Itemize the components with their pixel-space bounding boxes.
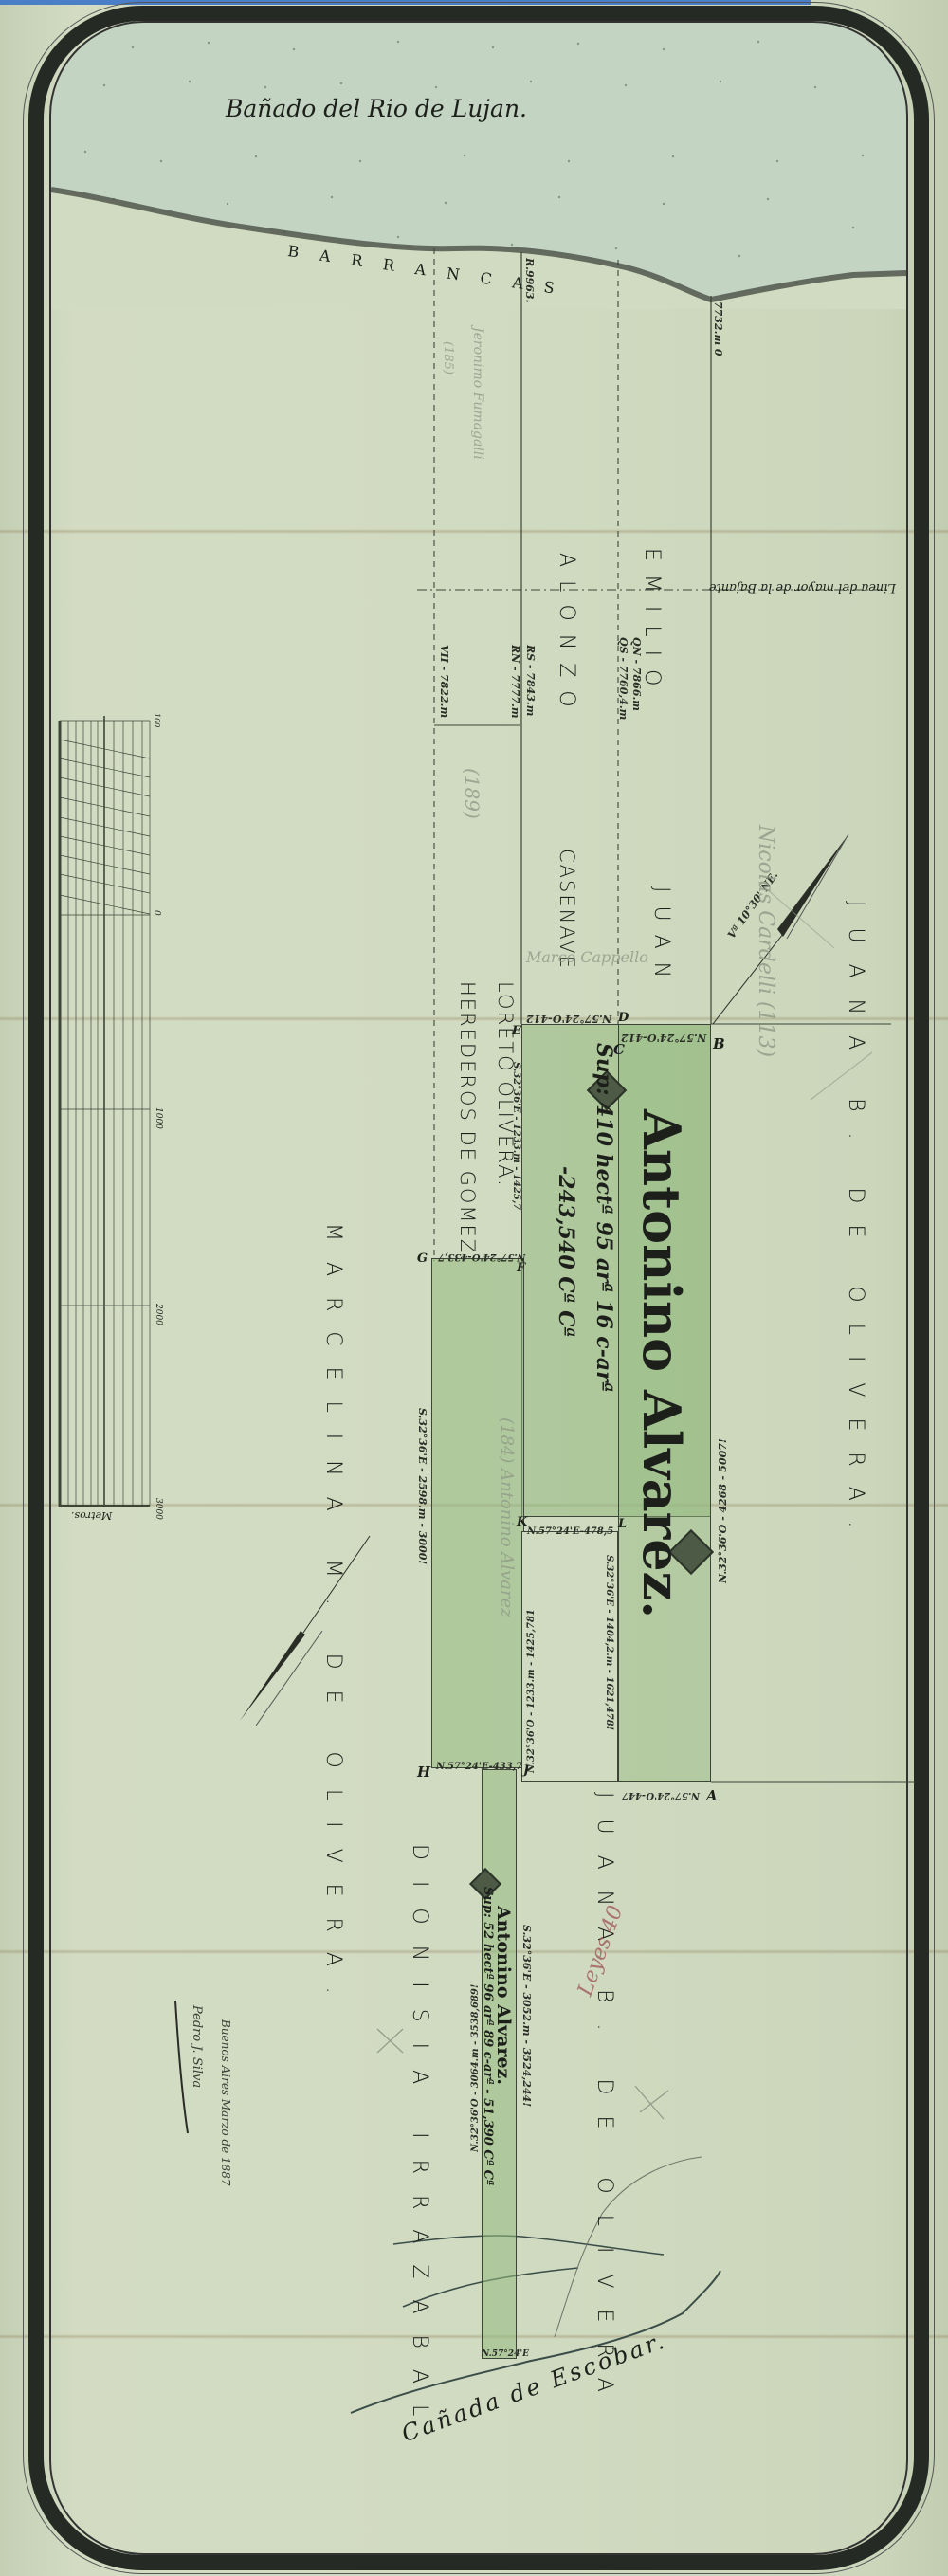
measurement-strip-west: N.32°36'O - 3064.m - 3538,689! xyxy=(470,1984,481,2152)
measurement-al1: RS - 7843.m xyxy=(524,645,537,716)
measurement-bank-r: R.9963. xyxy=(523,258,536,302)
neighbor-alonzo: ALONZO xyxy=(555,553,578,721)
neighbor-dionisia-irrazabal: DIONISIA IRRAZABAL xyxy=(408,1844,431,2437)
water-body-label: Bañado del Rio de Lujan. xyxy=(226,95,527,122)
measurement-al2: RN - 7777.m xyxy=(509,645,521,719)
point-c: C xyxy=(613,1041,625,1058)
measurement-f-g: N.57°24'O-433,7 xyxy=(438,1251,525,1262)
signature-surveyor: Pedro J. Silva xyxy=(190,2005,204,2088)
scale-label-100: 100 xyxy=(153,713,161,727)
measurement-g-h: S.32°36'E - 2598.m - 3000! xyxy=(416,1408,428,1564)
measurement-k-j: N.32°36'O - 1233.m - 1425,781 xyxy=(526,1609,537,1773)
neighbor-juana-olivera: JUANA B. DE OLIVERA. xyxy=(844,901,867,1548)
measurement-strip-east: S.32°36'E - 3052.m - 3524,244! xyxy=(520,1925,533,2107)
owner-area-main-2: -243,540 Cª Cª xyxy=(554,1166,578,1337)
owner-area-main: Sup: 410 hectª 95 arª 16 c-arª xyxy=(592,1043,616,1392)
measurement-b-c: N.57°24'O-412 xyxy=(621,1032,706,1044)
measurement-h-j: N.57°24'E-433,7 xyxy=(436,1762,522,1772)
measurement-d-e: N.57°24'O-412 xyxy=(526,1013,611,1025)
point-f: F xyxy=(517,1261,525,1275)
measurement-strip-bottom: N.57°24'E xyxy=(482,2349,529,2359)
owner-name-small: Antonino Alvarez. xyxy=(493,1906,514,2085)
point-a: A xyxy=(706,1787,718,1804)
scale-label-3000: 3000 xyxy=(154,1498,163,1520)
pencil-note-antonino: (184) Antonino Alvarez xyxy=(497,1417,517,1617)
measurement-vii: VII - 7822.m xyxy=(438,645,450,718)
neighbor-herederos-gomez: HEREDEROS DE GOMEZ. xyxy=(456,981,479,1263)
measurement-a-bottom: N.57°24'O-447 xyxy=(622,1790,700,1800)
measurement-east-line: N.32°36'O - 4268 - 5007! xyxy=(717,1438,729,1583)
pencil-note-fumagalli: Jeronimo Fumagalli xyxy=(470,327,485,460)
point-g: G xyxy=(417,1251,428,1266)
south-arrow-icon xyxy=(240,1536,370,1726)
neighbor-juana-olivera-lower: JUANA B. DE OLIVERA xyxy=(592,1792,616,2413)
neighbor-juan: JUAN xyxy=(649,886,673,991)
owner-name-main: Antonino Alvarez. xyxy=(631,1109,692,1618)
measurement-top-right: 7732.m 0 xyxy=(712,301,724,356)
scale-bar xyxy=(60,716,150,1507)
signature-date: Buenos Aires Marzo de 1887 xyxy=(219,2019,232,2186)
measurement-k-inner: N.57°24'E-478,5 xyxy=(527,1526,613,1537)
pencil-note-cappello: Marco Cappello xyxy=(526,948,648,966)
neighbor-emilio: EMILIO xyxy=(640,548,664,699)
measurement-e-f: S.32°36'E - 1233.m - 1425,7 xyxy=(511,1062,521,1210)
point-j: J xyxy=(523,1763,529,1778)
scale-label-1000: 1000 xyxy=(154,1107,163,1129)
point-b: B xyxy=(713,1035,725,1052)
point-k: K xyxy=(517,1515,527,1529)
measurement-l-a: S.32°36'E - 1404,2.m - 1621,478! xyxy=(604,1555,614,1730)
scale-unit: Metros. xyxy=(71,1509,112,1522)
owner-area-small: Sup: 52 hectª 96 arª 89 c-arª - 51,390 C… xyxy=(481,1887,495,2185)
scale-label-0: 0 xyxy=(152,910,161,916)
scale-label-2000: 2000 xyxy=(154,1304,163,1325)
pencil-note-cardelli: Nicolas Cardelli (113) xyxy=(754,825,777,1057)
measurement-em2: QS - 7760,4.m xyxy=(617,637,629,720)
point-l: L xyxy=(618,1517,627,1531)
point-e: E xyxy=(512,1024,521,1038)
pencil-note-189: (189) xyxy=(461,768,483,819)
point-h: H xyxy=(417,1763,430,1781)
neighbor-marcelina-olivera: MARCELINA M. DE OLIVERA. xyxy=(321,1223,345,2015)
measurement-em1: QN - 7866.m xyxy=(630,637,643,711)
point-d: D xyxy=(618,1011,629,1025)
pencil-note-185: (185) xyxy=(441,341,455,375)
